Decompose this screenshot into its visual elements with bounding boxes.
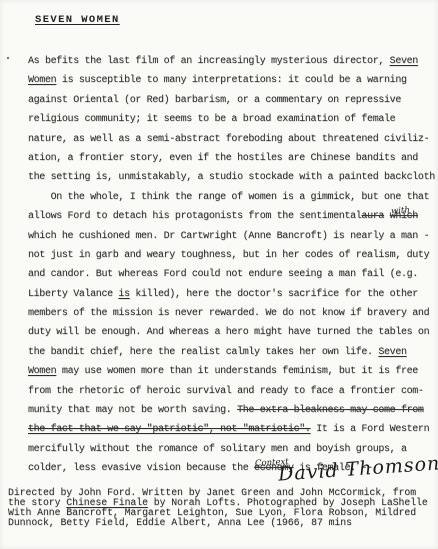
- typed-text: may use women more than it understands f…: [56, 366, 418, 377]
- text-line: duty will be enough. And whereas a hero …: [28, 323, 438, 342]
- paragraph-1: As befits the last film of an increasing…: [28, 52, 438, 188]
- underlined-text: Seven: [378, 347, 406, 358]
- text-line: members of the mission is never rewarded…: [28, 304, 438, 323]
- typed-text: the setting is, unmistakably, a studio s…: [28, 172, 435, 183]
- text-line: allows Ford to detach his protagonists f…: [28, 207, 438, 226]
- credits-block: Directed by John Ford. Written by Janet …: [8, 488, 438, 529]
- typed-text: the bandit chief, here the realist calml…: [28, 347, 378, 358]
- text-line: the setting is, unmistakably, a studio s…: [28, 168, 438, 187]
- typed-text: against Oriental (or Red) barbarism, or …: [28, 95, 401, 106]
- typed-text: allows Ford to detach his protagonists f…: [28, 211, 361, 222]
- text-line: not just in garb and weary toughness, bu…: [28, 246, 438, 265]
- text-line: religious community; it seems to be a br…: [28, 110, 438, 129]
- text-line: the fact that we say "patriotic", not "m…: [28, 420, 438, 439]
- typed-text: which he cushioned men. Dr Cartwright (A…: [28, 231, 429, 242]
- text-line: On the whole, I think the range of women…: [28, 188, 438, 207]
- typed-text: munity that may not be worth saving.: [28, 405, 237, 416]
- typed-text: is susceptible to many interpretations: …: [56, 75, 406, 86]
- annotated-segment: withwhich: [390, 211, 418, 222]
- text-line: the bandit chief, here the realist calml…: [28, 343, 438, 362]
- typed-text: from the rhetoric of heroic survival and…: [28, 386, 424, 397]
- text-line: Dunnock, Betty Field, Eddie Albert, Anna…: [8, 518, 438, 528]
- typed-text: mercifully without the romance of solita…: [28, 444, 407, 455]
- struck-text: the fact that we say "patriotic", not "m…: [28, 424, 311, 435]
- typed-text: colder, less evasive vision because the: [28, 463, 254, 474]
- typed-text: and candor. But whereas Ford could not e…: [28, 269, 418, 280]
- underlined-text: Seven: [390, 56, 418, 67]
- text-line: As befits the last film of an increasing…: [28, 52, 438, 71]
- struck-text: The extra bleakness may come from: [237, 405, 423, 416]
- typed-text: members of the mission is never rewarded…: [28, 308, 429, 319]
- typed-text: As befits the last film of an increasing…: [28, 56, 390, 67]
- text-line: Liberty Valance is killed), here the doc…: [28, 285, 438, 304]
- handwritten-note: with: [390, 202, 410, 222]
- text-line: Women is susceptible to many interpretat…: [28, 71, 438, 90]
- document-page: SEVEN WOMEN As befits the last film of a…: [0, 0, 438, 549]
- text-line: and candor. But whereas Ford could not e…: [28, 265, 438, 284]
- underlined-text: Women: [28, 366, 56, 377]
- text-line: against Oriental (or Red) barbarism, or …: [28, 91, 438, 110]
- review-body: As befits the last film of an increasing…: [28, 52, 438, 479]
- typed-text: killed), here the doctor's sacrifice for…: [130, 289, 418, 300]
- underlined-text: is: [118, 289, 129, 300]
- text-line: munity that may not be worth saving. The…: [28, 401, 438, 420]
- text-line: Women may use women more than it underst…: [28, 362, 438, 381]
- text-line: ation, a frontier story, even if the hos…: [28, 149, 438, 168]
- typed-text: religious community; it seems to be a br…: [28, 114, 395, 125]
- paragraph-2: On the whole, I think the range of women…: [28, 188, 438, 479]
- typed-text: Dunnock, Betty Field, Eddie Albert, Anna…: [8, 517, 352, 528]
- underlined-text: Women: [28, 75, 56, 86]
- typed-text: Liberty Valance: [28, 289, 118, 300]
- typed-text: not just in garb and weary toughness, bu…: [28, 250, 429, 261]
- text-line: nature, as well as a semi-abstract foreb…: [28, 130, 438, 149]
- typed-text: nature, as well as a semi-abstract foreb…: [28, 134, 429, 145]
- text-line: from the rhetoric of heroic survival and…: [28, 382, 438, 401]
- typed-text: ation, a frontier story, even if the hos…: [28, 153, 418, 164]
- page-title: SEVEN WOMEN: [35, 14, 438, 26]
- text-line: which he cushioned men. Dr Cartwright (A…: [28, 227, 438, 246]
- typed-text: On the whole, I think the range of women…: [28, 192, 429, 203]
- struck-text: aura: [361, 211, 384, 222]
- typed-text: It is a Ford Western: [311, 424, 430, 435]
- typed-text: duty will be enough. And whereas a hero …: [28, 327, 429, 338]
- scan-artifact-dot: [7, 57, 9, 59]
